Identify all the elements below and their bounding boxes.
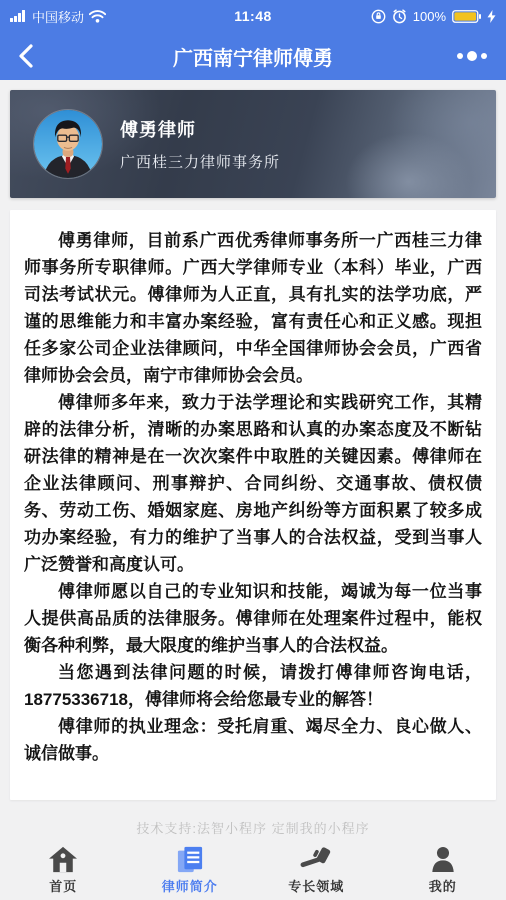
avatar: [34, 110, 102, 178]
tab-lawyer-profile-label: 律师简介: [162, 876, 218, 895]
tab-home[interactable]: 首页: [0, 846, 127, 895]
battery-percent-label: 100%: [413, 9, 446, 24]
lawyer-bio-card: 傅勇律师，目前系广西优秀律师事务所一广西桂三力律师事务所专职律师。广西大学律师专…: [10, 210, 496, 800]
charging-bolt-icon: [487, 10, 496, 23]
lawyer-profile-card: 傅勇律师 广西桂三力律师事务所: [10, 90, 496, 198]
battery-icon: [452, 10, 481, 23]
gavel-icon: [299, 846, 333, 873]
nav-bar: 广西南宁律师傅勇: [0, 32, 506, 80]
carrier-label: 中国移动: [32, 7, 84, 26]
bottom-area: 技术支持:法智小程序 定制我的小程序 首页: [0, 818, 506, 900]
signal-strength-icon: [10, 10, 27, 22]
mini-program-screen: 中国移动 11:48: [0, 0, 506, 900]
bio-paragraph: 当您遇到法律问题的时候，请拨打傅律师咨询电话，18775336718，傅律师将会…: [24, 659, 482, 713]
status-bar: 中国移动 11:48: [0, 0, 506, 32]
tab-mine[interactable]: 我的: [380, 846, 506, 895]
lawyer-profile-icon: [176, 846, 204, 873]
bio-paragraph: 傅勇律师，目前系广西优秀律师事务所一广西桂三力律师事务所专职律师。广西大学律师专…: [24, 227, 482, 389]
lawyer-name: 傅勇律师: [120, 116, 280, 142]
tab-bar: 首页 律师简介: [0, 846, 506, 900]
bio-paragraph: 傅律师的执业理念：受托肩重、竭尽全力、良心做人、诚信做事。: [24, 713, 482, 767]
wifi-icon: [89, 10, 106, 23]
tab-mine-label: 我的: [429, 876, 457, 895]
law-firm-name: 广西桂三力律师事务所: [120, 151, 280, 172]
user-icon: [430, 846, 456, 873]
tab-lawyer-profile[interactable]: 律师简介: [127, 846, 254, 895]
tab-specialties-label: 专长领域: [288, 876, 344, 895]
bio-paragraph: 傅律师多年来，致力于法学理论和实践研究工作，其精辟的法律分析，清晰的办案思路和认…: [24, 389, 482, 578]
page-title: 广西南宁律师傅勇: [0, 42, 506, 71]
clock-label: 11:48: [234, 8, 272, 24]
bio-paragraph: 傅律师愿以自己的专业知识和技能，竭诚为每一位当事人提供高品质的法律服务。傅律师在…: [24, 578, 482, 659]
tab-home-label: 首页: [49, 876, 77, 895]
tech-support-text: 技术支持:法智小程序 定制我的小程序: [0, 818, 506, 837]
orientation-lock-icon: [371, 9, 386, 24]
more-menu-button[interactable]: [450, 32, 494, 80]
alarm-icon: [392, 9, 407, 24]
home-icon: [48, 846, 78, 873]
tab-specialties[interactable]: 专长领域: [253, 846, 380, 895]
more-dots-icon: [457, 53, 463, 59]
